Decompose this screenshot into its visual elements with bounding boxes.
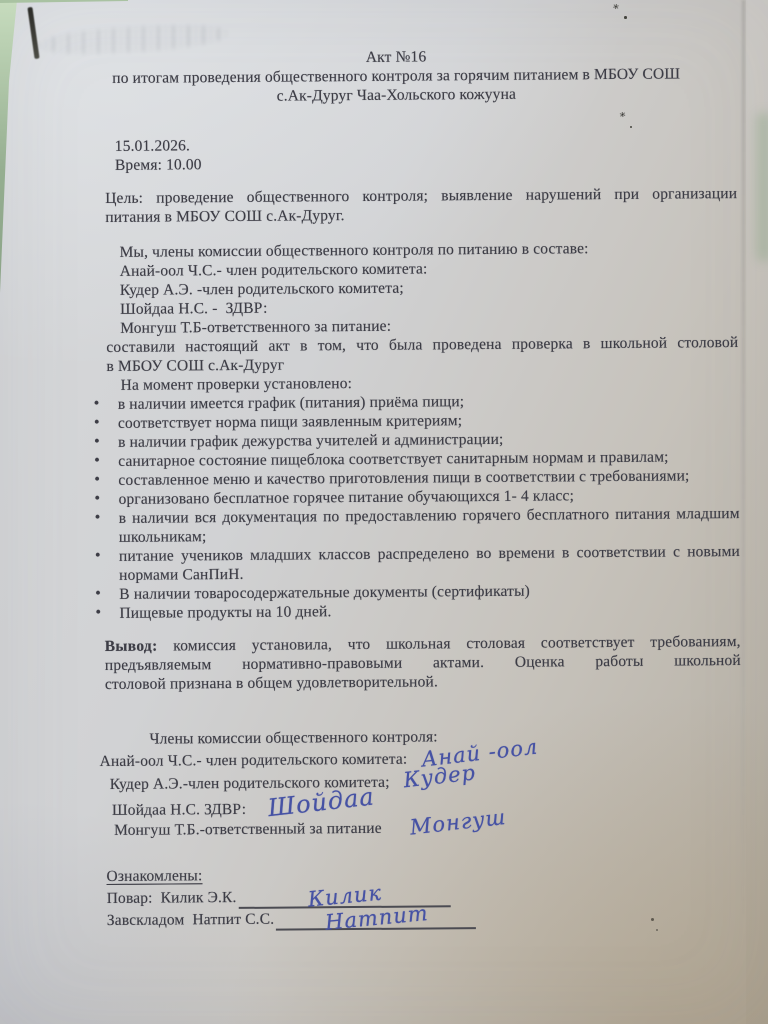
conclusion-line-3: столовой признана в общем удовлетворител… [105,670,741,694]
signature-ink: Кудер [402,762,477,791]
signature-label: Монгуш Т.Б.-ответственный за питание [114,820,382,839]
ink-speck [656,929,658,931]
document-content: Акт №16 по итогам проведения общественно… [100,45,743,930]
acknowledged-label: Повар: Килик Э.К. [107,889,237,907]
purpose-line-1: Цель: проведение общественного контроля;… [105,184,737,208]
finding-item: Пищевые продукты на 10 дней. [88,599,740,623]
signature-row: Монгуш Т.Б.-ответственный за питание Мон… [106,813,742,841]
signature-label: Анай-оол Ч.С.- член родительского комите… [100,751,408,770]
acknowledged-label: Завскладом Натпит С.С. [107,911,274,929]
findings-list: в наличии имеется график (питания) приём… [87,390,741,623]
signature-underline: Натпит [276,905,476,931]
conclusion-label: Вывод: [105,638,158,655]
time-value: Время: 10.00 [115,151,737,175]
signatures-section: Члены комиссии общественного контроля: А… [105,725,742,841]
conclusion-paragraph: Вывод: комиссия установила, что школьная… [105,632,741,694]
finding-item: в наличии вся документация по предоставл… [88,504,740,547]
purpose-paragraph: Цель: проведение общественного контроля;… [101,184,737,227]
photo-of-document: { "doc": { "title": [ "Акт №16", "по ито… [0,0,768,1024]
table-edge-right [756,112,768,262]
commission-member-list: Анай-оол Ч.С.- член родительского комите… [102,257,739,338]
acknowledged-section: Ознакомлены: Повар: Килик Э.К.Килик Завс… [106,862,742,930]
member-signature-rows: Анай-оол Ч.С.- член родительского комите… [105,744,742,841]
document-title: Акт №16 по итогам проведения общественно… [78,45,714,107]
acknowledged-rows: Повар: Килик Э.К.Килик Завскладом Натпит… [107,881,743,930]
finding-item: питание учеников младших классов распред… [88,542,740,585]
purpose-line-2: питания в МБОУ СОШ с.Ак-Дуруг. [105,207,344,226]
date-time-block: 15.01.2026. Время: 10.00 [101,132,737,175]
ink-dot [624,16,627,19]
commission-section: Мы, члены комиссии общественного контрол… [102,238,739,376]
